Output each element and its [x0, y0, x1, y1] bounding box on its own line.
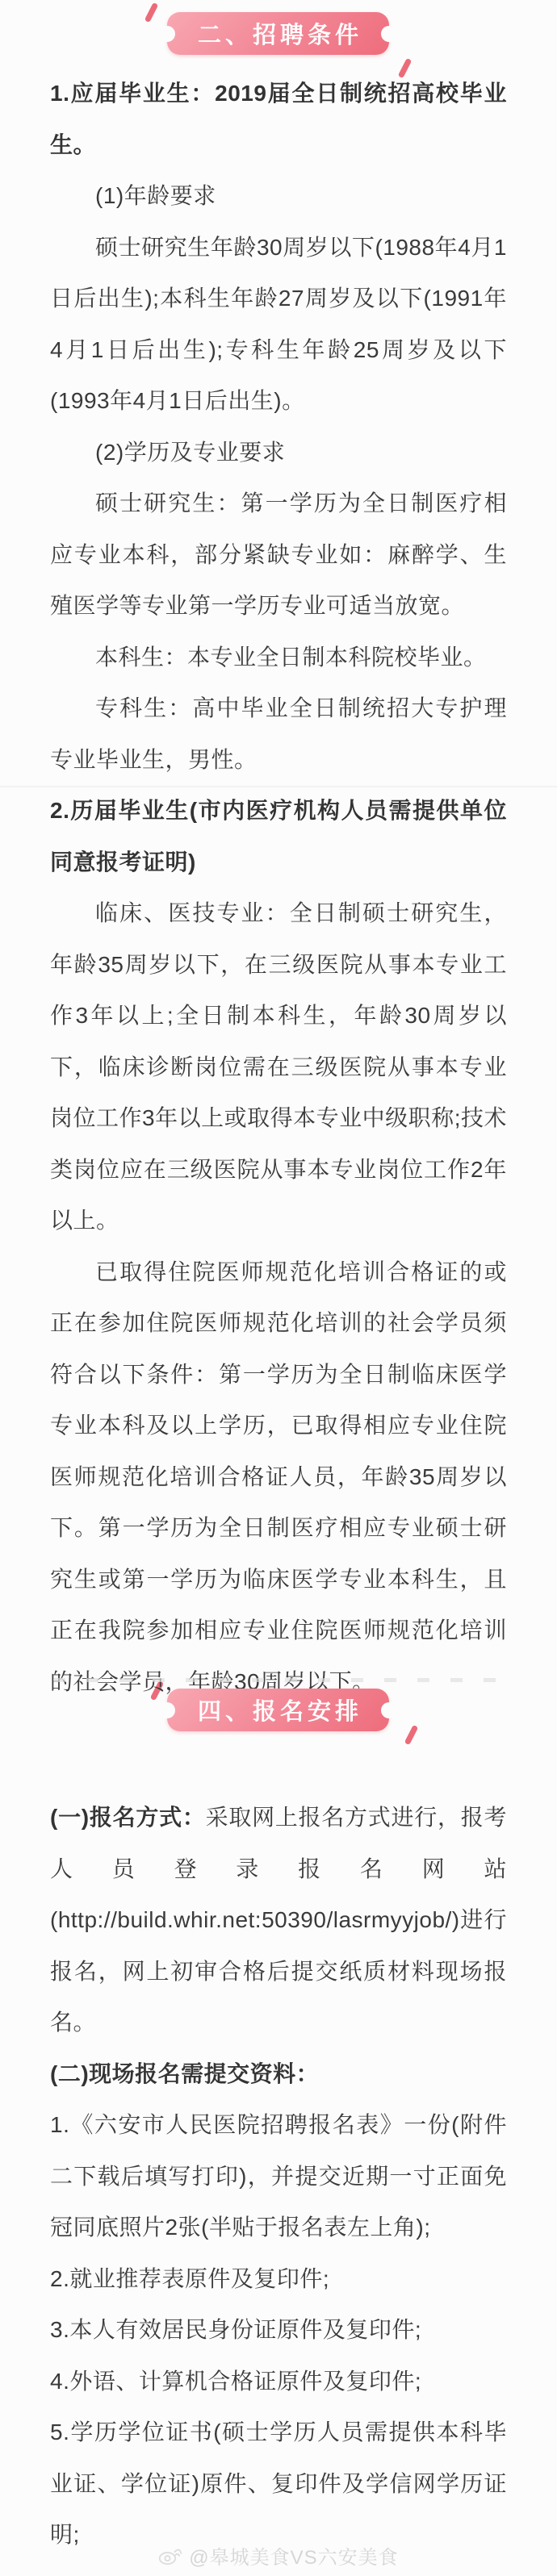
- paragraph: 2.就业推荐表原件及复印件;: [50, 2253, 507, 2305]
- paragraph: 硕士研究生：第一学历为全日制医疗相应专业本科，部分紧缺专业如：麻醉学、生殖医学等…: [50, 478, 507, 632]
- paragraph: 4.外语、计算机合格证原件及复印件;: [50, 2356, 507, 2407]
- watermark-text: @皋城美食VS六安美食: [189, 2541, 398, 2570]
- paragraph-text: 3.本人有效居民身份证原件及复印件;: [50, 2317, 421, 2342]
- paragraph-text: 5.学历学位证书(硕士学历人员需提供本科毕业证、学位证)原件、复印件及学信网学历…: [50, 2419, 507, 2547]
- paragraph: 1.应届毕业生：2019届全日制统招高校毕业生。: [50, 68, 507, 170]
- paragraph: 已取得住院医师规范化培训合格证的或正在参加住院医师规范化培训的社会学员须符合以下…: [50, 1246, 507, 1708]
- paragraph: 硕士研究生年龄30周岁以下(1988年4月1日后出生);本科生年龄27周岁及以下…: [50, 222, 507, 427]
- signup-arrangement-text: (一)报名方式：采取网上报名方式进行，报考人员登录报名网站(http://bui…: [50, 1792, 507, 2561]
- paragraph: 2.历届毕业生(市内医疗机构人员需提供单位同意报考证明): [50, 785, 507, 887]
- paragraph-text: 采取网上报名方式进行，报考人员登录报名网站(http://build.whir.…: [50, 1805, 507, 2035]
- paragraph-text: 硕士研究生：第一学历为全日制医疗相应专业本科，部分紧缺专业如：麻醉学、生殖医学等…: [50, 491, 507, 618]
- paragraph-text: 4.外语、计算机合格证原件及复印件;: [50, 2369, 421, 2394]
- paragraph-text: 本科生：本专业全日制本科院校毕业。: [95, 645, 487, 670]
- section-banner-signup-arrangement: 四、报名安排: [167, 1689, 389, 1731]
- paragraph-text: 硕士研究生年龄30周岁以下(1988年4月1日后出生);本科生年龄27周岁及以下…: [50, 235, 507, 414]
- recruit-conditions-text: 1.应届毕业生：2019届全日制统招高校毕业生。(1)年龄要求硕士研究生年龄30…: [50, 68, 507, 1707]
- paragraph: (2)学历及专业要求: [50, 427, 507, 478]
- section-banner-recruit-conditions: 二、招聘条件: [167, 12, 389, 55]
- paragraph-bold-text: (一)报名方式：: [50, 1805, 206, 1830]
- paragraph: 1.《六安市人民医院招聘报名表》一份(附件二下载后填写打印)，并提交近期一寸正面…: [50, 2099, 507, 2253]
- faded-text-remnant: [53, 1678, 505, 1682]
- paragraph-text: 已取得住院医师规范化培训合格证的或正在参加住院医师规范化培训的社会学员须符合以下…: [50, 1259, 507, 1694]
- paragraph-text: 临床、医技专业：全日制硕士研究生，年龄35周岁以下，在三级医院从事本专业工作3年…: [50, 900, 507, 1233]
- paragraph-bold-text: 1.应届毕业生：2019届全日制统招高校毕业生。: [50, 81, 507, 157]
- paragraph-bold-text: (二)现场报名需提交资料：: [50, 2061, 319, 2086]
- paragraph: 3.本人有效居民身份证原件及复印件;: [50, 2304, 507, 2356]
- seam-line: [0, 786, 557, 787]
- paragraph-text: 2.就业推荐表原件及复印件;: [50, 2266, 329, 2291]
- slash-decoration-icon: [404, 1725, 419, 1745]
- paragraph: 临床、医技专业：全日制硕士研究生，年龄35周岁以下，在三级医院从事本专业工作3年…: [50, 887, 507, 1246]
- paragraph-bold-text: 2.历届毕业生(市内医疗机构人员需提供单位同意报考证明): [50, 798, 507, 875]
- section-banner-label: 二、招聘条件: [194, 17, 362, 50]
- slash-decoration-icon: [144, 2, 159, 23]
- paragraph: 专科生：高中毕业全日制统招大专护理专业毕业生，男性。: [50, 683, 507, 785]
- paragraph: 5.学历学位证书(硕士学历人员需提供本科毕业证、学位证)原件、复印件及学信网学历…: [50, 2407, 507, 2561]
- paragraph-text: 1.《六安市人民医院招聘报名表》一份(附件二下载后填写打印)，并提交近期一寸正面…: [50, 2112, 507, 2240]
- paragraph: (1)年龄要求: [50, 170, 507, 222]
- section-banner-label: 四、报名安排: [194, 1693, 362, 1726]
- paragraph: (二)现场报名需提交资料：: [50, 2048, 507, 2100]
- paragraph-text: (1)年龄要求: [95, 183, 216, 208]
- watermark: @皋城美食VS六安美食: [0, 2541, 557, 2570]
- paragraph-text: 专科生：高中毕业全日制统招大专护理专业毕业生，男性。: [50, 695, 507, 772]
- paragraph-text: (2)学历及专业要求: [95, 440, 285, 465]
- paragraph: (一)报名方式：采取网上报名方式进行，报考人员登录报名网站(http://bui…: [50, 1792, 507, 2048]
- weibo-icon: [158, 2546, 182, 2566]
- paragraph: 本科生：本专业全日制本科院校毕业。: [50, 632, 507, 683]
